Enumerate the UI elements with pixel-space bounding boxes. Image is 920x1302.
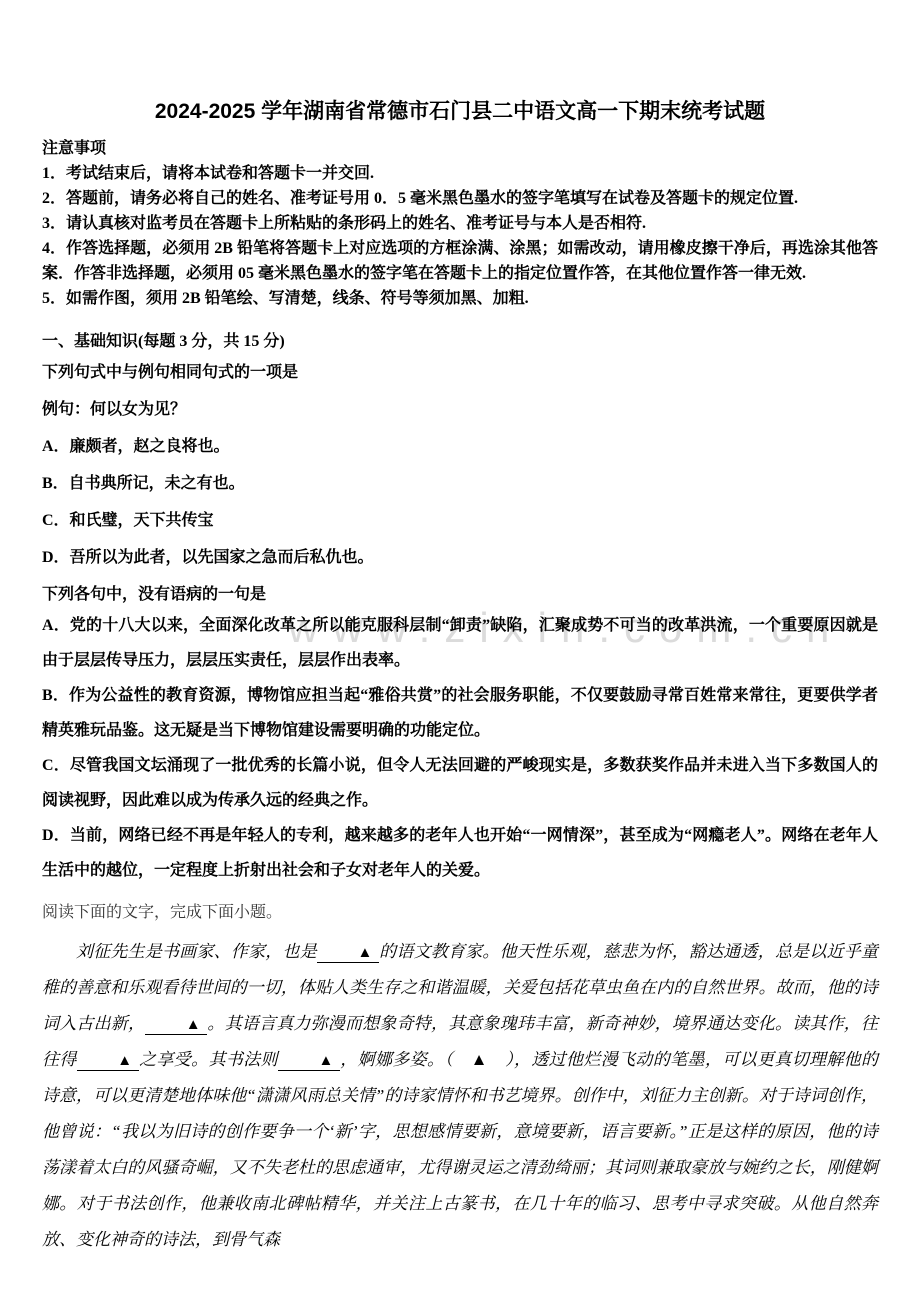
reading-prompt: 阅读下面的文字，完成下面小题。 bbox=[42, 898, 878, 928]
question2-option-b: B．作为公益性的教育资源，博物馆应担当起“雅俗共赏”的社会服务职能，不仅要鼓励寻… bbox=[42, 678, 878, 748]
section-heading: 一、基础知识(每题 3 分，共 15 分) bbox=[42, 329, 878, 354]
notice-item-4: 4．作答选择题，必须用 2B 铅笔将答题卡上对应选项的方框涂满、涂黑；如需改动，… bbox=[42, 236, 878, 286]
answer-blank-triangle: ▲ bbox=[317, 944, 379, 963]
notice-item-1: 1．考试结束后，请将本试卷和答题卡一并交回. bbox=[42, 161, 878, 186]
question1-option-d: D．吾所以为此者，以先国家之急而后私仇也。 bbox=[42, 539, 878, 576]
question1-option-c: C．和氏璧，天下共传宝 bbox=[42, 502, 878, 539]
notice-item-2: 2．答题前，请务必将自己的姓名、准考证号用 0．5 毫米黑色墨水的签字笔填写在试… bbox=[42, 186, 878, 211]
question2-option-c: C．尽管我国文坛涌现了一批优秀的长篇小说，但令人无法回避的严峻现实是，多数获奖作… bbox=[42, 748, 878, 818]
exam-title: 2024-2025 学年湖南省常德市石门县二中语文高一下期末统考试题 bbox=[42, 96, 878, 128]
notice-item-5: 5．如需作图，须用 2B 铅笔绘、写清楚，线条、符号等须加黑、加粗. bbox=[42, 286, 878, 311]
question1-example: 例句：何以女为见？ bbox=[42, 391, 878, 428]
answer-blank-triangle: ▲ bbox=[278, 1052, 340, 1071]
question1-block: 下列句式中与例句相同句式的一项是 例句：何以女为见？ A．廉颇者，赵之良将也。 … bbox=[42, 354, 878, 613]
reading-passage: 刘征先生是书画家、作家，也是▲的语文教育家。他天性乐观，慈悲为怀，豁达通透，总是… bbox=[42, 934, 878, 1258]
answer-blank-triangle: ▲ bbox=[77, 1052, 139, 1071]
question1-stem: 下列句式中与例句相同句式的一项是 bbox=[42, 354, 878, 391]
notice-item-3: 3．请认真核对监考员在答题卡上所粘贴的条形码上的姓名、准考证号与本人是否相符. bbox=[42, 211, 878, 236]
question2-option-a: A．党的十八大以来，全面深化改革之所以能克服科层制“卸责”缺陷，汇聚成势不可当的… bbox=[42, 608, 878, 678]
question2-options: A．党的十八大以来，全面深化改革之所以能克服科层制“卸责”缺陷，汇聚成势不可当的… bbox=[42, 608, 878, 888]
question1-option-a: A．廉颇者，赵之良将也。 bbox=[42, 428, 878, 465]
question1-option-b: B．自书典所记，未之有也。 bbox=[42, 465, 878, 502]
notices-section: 注意事项 1．考试结束后，请将本试卷和答题卡一并交回. 2．答题前，请务必将自己… bbox=[42, 136, 878, 311]
answer-blank-triangle: ▲ bbox=[145, 1016, 207, 1035]
exam-page: 2024-2025 学年湖南省常德市石门县二中语文高一下期末统考试题 注意事项 … bbox=[0, 0, 920, 1258]
question2-option-d: D．当前，网络已经不再是年轻人的专利，越来越多的老年人也开始“一网情深”，甚至成… bbox=[42, 818, 878, 888]
notices-heading: 注意事项 bbox=[42, 136, 878, 161]
